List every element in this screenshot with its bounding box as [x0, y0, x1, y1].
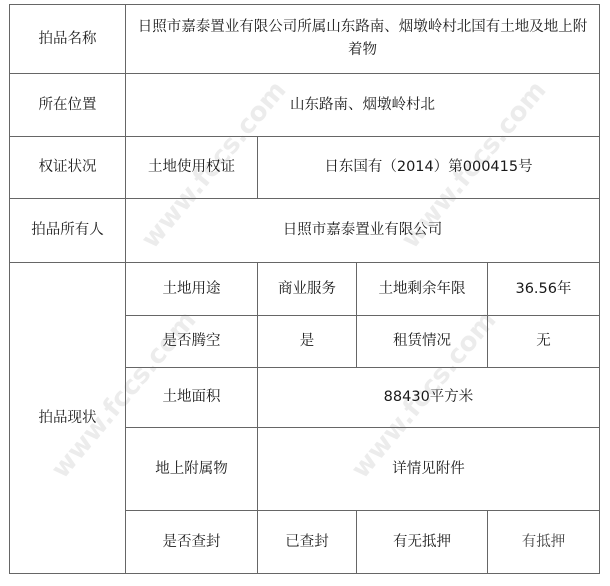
table-row-owner: 拍品所有人 日照市嘉泰置业有限公司: [10, 199, 600, 263]
label-item-name: 拍品名称: [10, 5, 126, 74]
value-area: 88430平方米: [258, 368, 600, 428]
label-attachments: 地上附属物: [126, 428, 258, 511]
certificate-number: 日东国有（2014）第000415号: [258, 137, 600, 199]
label-owner: 拍品所有人: [10, 199, 126, 263]
value-vacated: 是: [258, 316, 357, 368]
label-remaining-years: 土地剩余年限: [357, 263, 488, 316]
label-status: 拍品现状: [10, 263, 126, 574]
label-certificate: 权证状况: [10, 137, 126, 199]
value-location: 山东路南、烟墩岭村北: [126, 74, 600, 137]
value-land-use: 商业服务: [258, 263, 357, 316]
table-row-name: 拍品名称 日照市嘉泰置业有限公司所属山东路南、烟墩岭村北国有土地及地上附着物: [10, 5, 600, 74]
label-location: 所在位置: [10, 74, 126, 137]
table-row-land-use: 拍品现状 土地用途 商业服务 土地剩余年限 36.56年: [10, 263, 600, 316]
value-owner: 日照市嘉泰置业有限公司: [126, 199, 600, 263]
value-attachments: 详情见附件: [258, 428, 600, 511]
table-row-location: 所在位置 山东路南、烟墩岭村北: [10, 74, 600, 137]
auction-info-table: 拍品名称 日照市嘉泰置业有限公司所属山东路南、烟墩岭村北国有土地及地上附着物 所…: [9, 4, 600, 574]
label-land-use: 土地用途: [126, 263, 258, 316]
label-sealed: 是否查封: [126, 511, 258, 574]
label-area: 土地面积: [126, 368, 258, 428]
label-mortgage: 有无抵押: [357, 511, 488, 574]
value-lease: 无: [488, 316, 600, 368]
value-mortgage: 有抵押: [488, 511, 600, 574]
certificate-type: 土地使用权证: [126, 137, 258, 199]
value-sealed: 已查封: [258, 511, 357, 574]
value-remaining-years: 36.56年: [488, 263, 600, 316]
label-vacated: 是否腾空: [126, 316, 258, 368]
label-lease: 租赁情况: [357, 316, 488, 368]
value-item-name: 日照市嘉泰置业有限公司所属山东路南、烟墩岭村北国有土地及地上附着物: [126, 5, 600, 74]
table-row-certificate: 权证状况 土地使用权证 日东国有（2014）第000415号: [10, 137, 600, 199]
